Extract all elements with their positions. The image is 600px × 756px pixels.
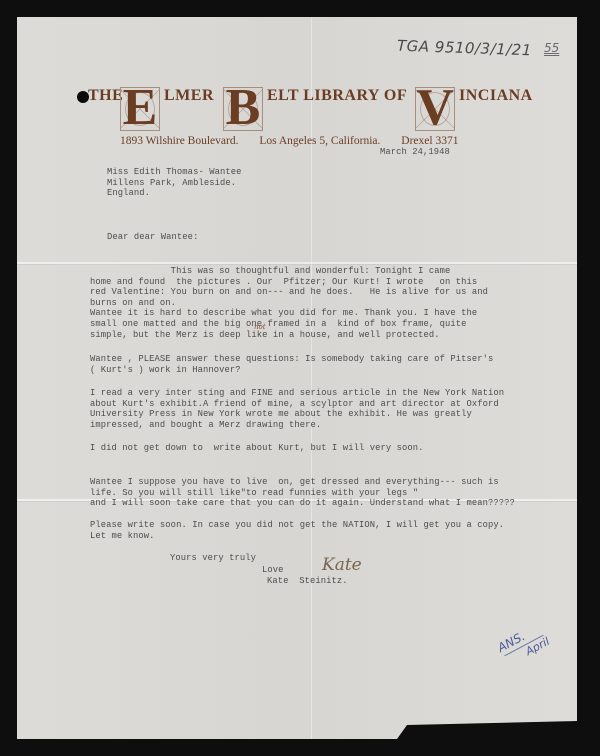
body-line: Let me know. bbox=[90, 531, 155, 542]
closing-love: Love bbox=[262, 565, 284, 576]
letterhead-prefix: THE bbox=[88, 87, 123, 105]
body-line: simple, but the Merz is deep like in a h… bbox=[90, 330, 440, 341]
body-line: University Press in New York wrote me ab… bbox=[90, 409, 472, 420]
handwritten-insert: not bbox=[254, 323, 266, 331]
typed-signature: Kate Steinitz. bbox=[267, 576, 348, 587]
phone-number: Drexel 3371 bbox=[401, 135, 458, 147]
letterhead-word-elmer: LMER bbox=[164, 87, 214, 105]
body-line: life. So you will still like"to read fun… bbox=[90, 488, 418, 499]
body-line: This was so thoughtful and wonderful: To… bbox=[90, 266, 450, 277]
body-line: red Valentine: You burn on and on--- and… bbox=[90, 287, 488, 298]
initial-b: B bbox=[224, 82, 262, 134]
city-address: Los Angeles 5, California. bbox=[259, 135, 380, 147]
body-line: burns on and on. bbox=[90, 298, 176, 309]
body-line: Wantee it is hard to describe what you d… bbox=[90, 308, 477, 319]
initial-e: E bbox=[121, 82, 159, 134]
body-line: I did not get down to write about Kurt, … bbox=[90, 443, 424, 454]
paper-fold-horizontal-upper bbox=[17, 262, 577, 264]
street-address: 1893 Wilshire Boulevard. bbox=[120, 135, 238, 147]
body-line: ( Kurt's ) work in Hannover? bbox=[90, 365, 241, 376]
letter-page: TGA 9510/3/1/21 55 THE E LMER B ELT LIBR… bbox=[17, 17, 577, 739]
body-line: about Kurt's exhibit.A friend of mine, a… bbox=[90, 399, 499, 410]
body-line: I read a very inter sting and FINE and s… bbox=[90, 388, 504, 399]
body-line: and I will soon take care that you can d… bbox=[90, 498, 515, 509]
body-line: home and found the pictures . Our Pfitze… bbox=[90, 277, 477, 288]
letterhead-address-line: 1893 Wilshire Boulevard. Los Angeles 5, … bbox=[120, 135, 476, 147]
body-line: Please write soon. In case you did not g… bbox=[90, 520, 504, 531]
letterhead: THE E LMER B ELT LIBRARY OF V INCIANA 18… bbox=[77, 85, 557, 155]
recipient-address: Millens Park, Ambleside. bbox=[107, 178, 236, 189]
body-line: small one matted and the big one framed … bbox=[90, 319, 467, 330]
archive-reference: TGA 9510/3/1/21 bbox=[397, 37, 532, 60]
body-line: Wantee I suppose you have to live on, ge… bbox=[90, 477, 499, 488]
body-line: Wantee , PLEASE answer these questions: … bbox=[90, 354, 493, 365]
closing: Yours very truly bbox=[170, 553, 256, 564]
letterhead-word-belt-library: ELT LIBRARY OF bbox=[267, 87, 407, 105]
folio-number: 55 bbox=[544, 41, 559, 55]
recipient-name: Miss Edith Thomas- Wantee bbox=[107, 167, 241, 178]
ornamental-initial-e-icon: E bbox=[120, 87, 160, 131]
body-line: impressed, and bought a Merz drawing the… bbox=[90, 420, 321, 431]
letterhead-word-vinciana: INCIANA bbox=[459, 87, 533, 105]
ornamental-initial-v-icon: V bbox=[415, 87, 455, 131]
initial-v: V bbox=[416, 82, 454, 134]
letter-date: March 24,1948 bbox=[380, 147, 450, 158]
handwritten-signature: Kate bbox=[322, 555, 362, 575]
recipient-country: England. bbox=[107, 188, 150, 199]
salutation: Dear dear Wantee: bbox=[107, 232, 198, 243]
ornamental-initial-b-icon: B bbox=[223, 87, 263, 131]
pencil-note-april: April bbox=[523, 635, 551, 658]
